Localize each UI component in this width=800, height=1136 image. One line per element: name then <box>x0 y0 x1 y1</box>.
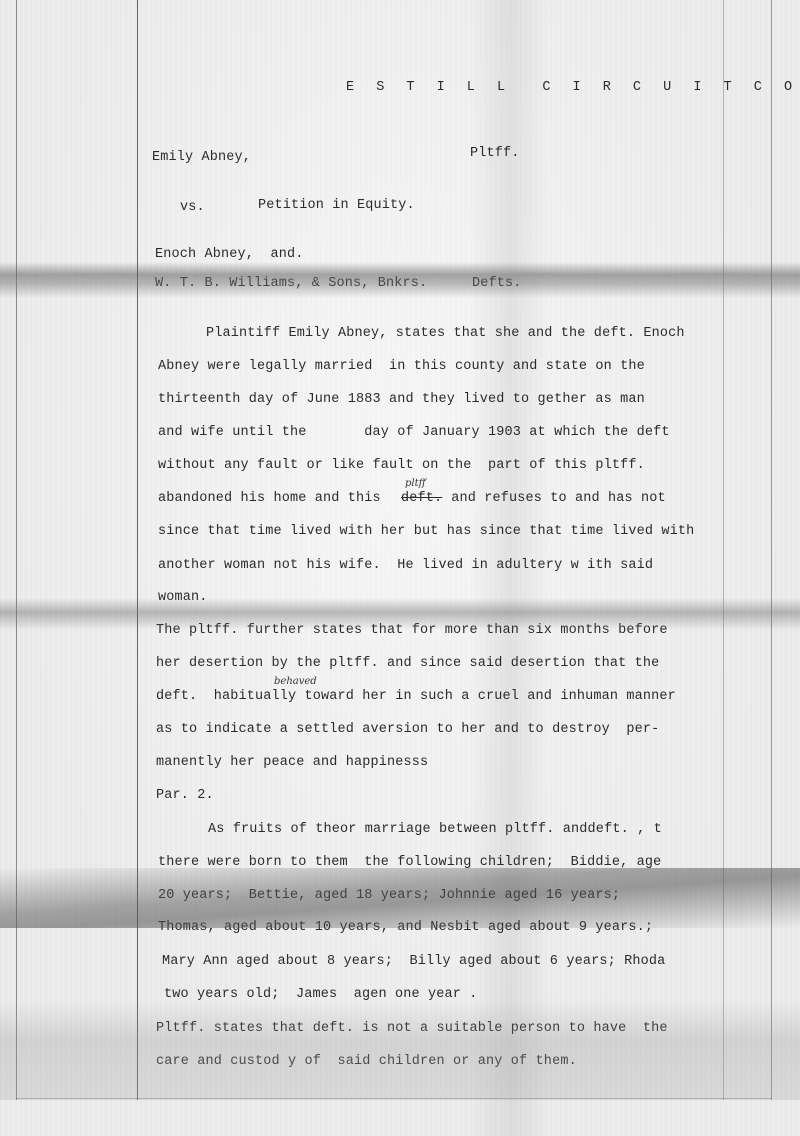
body-line-10: The pltff. further states that for more … <box>156 623 668 639</box>
struck-word-deft: deft. <box>401 491 442 507</box>
body-line-17: 20 years; Bettie, aged 18 years; Johnnie… <box>158 888 620 904</box>
body-line-14: manently her peace and happinesss <box>156 755 428 771</box>
right-margin-rule <box>723 0 724 1100</box>
body-line-1: Plaintiff Emily Abney, states that she a… <box>206 326 685 342</box>
body-line-18: Thomas, aged about 10 years, and Nesbit … <box>158 920 653 936</box>
body-line-9: woman. <box>158 590 208 606</box>
body-line-13: as to indicate a settled aversion to her… <box>156 722 659 738</box>
body-line-11: her desertion by the pltff. and since sa… <box>156 656 659 672</box>
body-line-6b: and refuses to and has not <box>443 491 666 507</box>
body-line-22: care and custod y of said children or an… <box>156 1054 577 1070</box>
body-line-2: Abney were legally married in this count… <box>158 359 645 375</box>
defendant-1: Enoch Abney, and. <box>155 247 304 263</box>
body-line-20: two years old; James agen one year . <box>164 987 478 1003</box>
court-title: E S T I L L C I R C U I T C O U R T . <box>346 80 800 96</box>
bottom-border-rule <box>16 1098 772 1099</box>
scan-noise-region <box>0 1000 800 1100</box>
body-line-19: Mary Ann aged about 8 years; Billy aged … <box>162 954 665 970</box>
body-line-5: without any fault or like fault on the p… <box>158 458 645 474</box>
handwritten-pltff-correction: pltff <box>405 478 426 489</box>
left-margin-rule <box>137 0 138 1100</box>
body-line-3: thirteenth day of June 1883 and they liv… <box>158 392 645 408</box>
body-line-21: Pltff. states that deft. is not a suitab… <box>156 1021 668 1037</box>
defendant-role: Defts. <box>472 276 522 292</box>
scanned-document-page: E S T I L L C I R C U I T C O U R T . Em… <box>0 0 800 1136</box>
defendant-2: W. T. B. Williams, & Sons, Bnkrs. <box>155 276 427 292</box>
left-outer-margin-rule <box>16 0 17 1100</box>
body-line-4: and wife until the day of January 1903 a… <box>158 425 670 441</box>
action-type: Petition in Equity. <box>258 198 415 214</box>
right-outer-margin-rule <box>771 0 772 1100</box>
plaintiff-name: Emily Abney, <box>152 150 251 166</box>
body-line-7: since that time lived with her but has s… <box>158 524 694 540</box>
plaintiff-role: Pltff. <box>470 146 520 162</box>
body-line-12: deft. habitually toward her in such a cr… <box>156 689 676 705</box>
body-line-16: there were born to them the following ch… <box>158 855 661 871</box>
handwritten-behaved-insertion: behaved <box>274 676 317 687</box>
paragraph-2-heading: Par. 2. <box>156 788 214 804</box>
body-line-8: another woman not his wife. He lived in … <box>158 558 653 574</box>
body-line-6a: abandoned his home and this <box>158 491 389 507</box>
versus-label: vs. <box>180 200 205 216</box>
body-line-15: As fruits of theor marriage between pltf… <box>208 822 662 838</box>
